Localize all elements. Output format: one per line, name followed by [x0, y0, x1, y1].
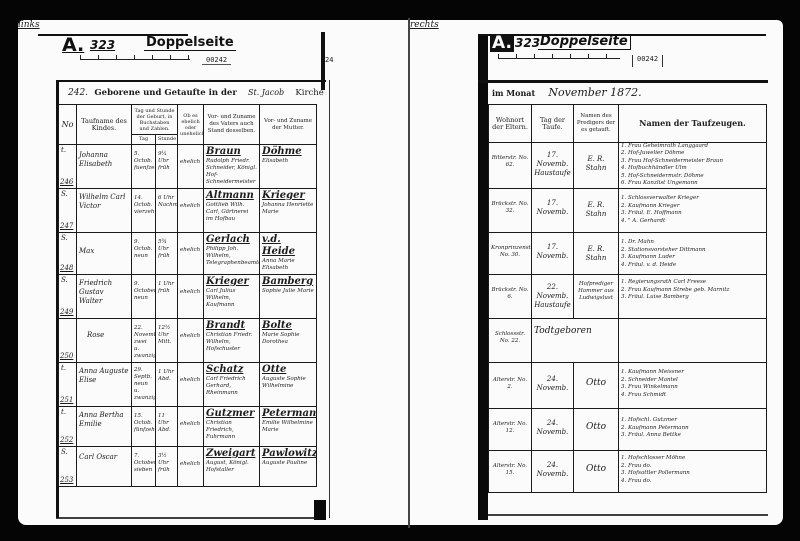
entry-number: 246	[60, 178, 73, 187]
stamp-number: 00242	[202, 56, 231, 65]
sponsors-list: 1. Kaufmann Meissner 2. Schneider Mantel…	[619, 363, 767, 409]
sponsor: 1. Dr. Mahn	[621, 239, 764, 246]
sex-mark: S.	[61, 234, 68, 242]
col-mother: Vor- und Zuname der Mutter.	[260, 105, 317, 145]
birth-day: 9. October neun	[132, 275, 156, 319]
heading-printed-2: Kirche	[295, 88, 323, 98]
preacher: Hofprediger Hammer aus Ludwigslust	[574, 275, 619, 319]
father-surname: Zweigart	[206, 448, 257, 460]
sex-mark: S.	[61, 190, 68, 198]
sponsors-list: 1. Dr. Mahn 2. Stationsvorsteher Dittman…	[619, 233, 767, 275]
table-row: S.253 Carl Oscar 7. October sieben 3½ Uh…	[59, 447, 317, 487]
table-row: 250 Rose 22. Novemb. zwei u. zwanzig 12½…	[59, 319, 317, 363]
left-page: A. 323 Doppelseite 00242 links 24 242. G…	[18, 20, 410, 525]
birth-day: 29. Septb. neun u. zwanzig	[132, 363, 156, 407]
table-row: Brückstr. No. 32. 17. Novemb. E. R. Stah…	[489, 189, 767, 233]
mother-surname: Bamberg	[262, 276, 314, 288]
table-row: Schlossstr. No. 22. Todtgeboren	[489, 319, 767, 363]
sponsor: 2. Kaufmann Krieger	[621, 203, 764, 210]
baptism-date: 17. Novemb.	[532, 233, 574, 275]
birth-day: 22. Novemb. zwei u. zwanzig	[132, 319, 156, 363]
sponsor: 3. Kaufmann Luder	[621, 254, 764, 261]
heading-printed-1: Geborene und Getaufte in der	[94, 88, 236, 98]
table-row: S.248 Max 9. Octob. neun 5¾ Uhr früh ehe…	[59, 233, 317, 275]
archive-volume: 323	[515, 36, 540, 50]
sponsor: 1. Hofschl. Gutzmer	[621, 417, 764, 424]
month-line: im Monat November 1872.	[492, 86, 642, 99]
col-baptism-day: Tag der Taufe.	[532, 105, 574, 143]
residence: Brückstr. No. 6.	[489, 275, 532, 319]
sponsor: 3. Fräul. Luise Bamberg	[621, 294, 764, 301]
table-row: t.246 Johanna Elisabeth 5. Octob. fuenfz…	[59, 145, 317, 189]
table-row: t.251 Anna Auguste Elise 29. Septb. neun…	[59, 363, 317, 407]
month-value: November 1872.	[548, 86, 641, 99]
register-bottom-rule	[488, 514, 768, 516]
mother-detail: Elisabeth	[262, 158, 314, 165]
sponsor: 1. Regierungsrath Carl Freese	[621, 279, 764, 286]
sponsor: 4. Hofbuchhändler Ulm	[621, 165, 764, 172]
sponsor: 2. Stationsvorsteher Dittmann	[621, 247, 764, 254]
birth-hour: 1 Uhr Abd.	[156, 363, 178, 407]
page-edge-bar	[478, 34, 488, 520]
sponsor: 4. Frau Schmidt	[621, 392, 764, 399]
side-note: rechts	[410, 20, 783, 30]
father-surname: Krieger	[206, 276, 257, 288]
table-row: S.249 Friedrich Gustav Walter 9. October…	[59, 275, 317, 319]
col-hour: Stunde	[156, 135, 178, 145]
month-label: im Monat	[492, 88, 535, 98]
father-detail: August, Königl. Hofstaller	[206, 460, 257, 474]
father-surname: Brandt	[206, 320, 257, 332]
table-row: Alterstr. No. 2. 24. Novemb. Otto 1. Kau…	[489, 363, 767, 409]
archive-type: Doppelseite	[538, 34, 631, 50]
birth-hour: 3½ Uhr früh	[156, 447, 178, 487]
col-residence: Wohnort der Eltern.	[489, 105, 532, 143]
sponsor: 4. Frau do.	[621, 478, 764, 485]
child-name: Anna Auguste Elise	[77, 363, 132, 407]
sponsors-list: 1. Regierungsrath Carl Freese 2. Frau Ka…	[619, 275, 767, 319]
side-mark: 24	[325, 56, 333, 64]
archive-ruler	[498, 52, 620, 59]
father-surname: Altmann	[206, 190, 257, 202]
heading-church-name: St. Jacob	[248, 88, 284, 97]
register-heading: 242. Geborene und Getaufte in der St. Ja…	[68, 87, 324, 98]
right-page: A. 323 Doppelseite 00242 rechts im Monat…	[410, 20, 783, 525]
birth-hour: 1 Uhr früh	[156, 275, 178, 319]
col-day: Tag	[132, 135, 156, 145]
baptism-date: 17. Novemb. Haustaufe	[532, 143, 574, 189]
mother-detail: Sophie Julie Marie	[262, 288, 314, 295]
birth-hour: 12½ Uhr Mitt.	[156, 319, 178, 363]
entry-number: 247	[60, 222, 73, 231]
father-detail: Christian Friedr. Wilhelm, Hofschuster	[206, 332, 257, 353]
birth-day: 7. October sieben	[132, 447, 156, 487]
sponsor: 4. Fräul. v. d. Heide	[621, 262, 764, 269]
mother-detail: Emilie Wilhelmine Marie	[262, 420, 314, 434]
baptism-register-table: Wohnort der Eltern. Tag der Taufe. Namen…	[488, 104, 767, 493]
birth-hour: 6 Uhr Nachm.	[156, 189, 178, 233]
sponsor: 1. Schlossverwalter Krieger	[621, 195, 764, 202]
child-name: Friedrich Gustav Walter	[77, 275, 132, 319]
baptism-date: 24. Novemb.	[532, 409, 574, 451]
table-row: S.247 Wilhelm Carl Victor 14. Octob. vie…	[59, 189, 317, 233]
sponsor: 3. Fräul. E. Hoffmann	[621, 210, 764, 217]
residence: Schlossstr. No. 22.	[489, 319, 532, 363]
sponsor: 2. Kaufmann Petermann	[621, 425, 764, 432]
child-name: Max	[77, 233, 132, 275]
legitimacy: ehelich	[178, 189, 204, 233]
father-detail: Carl Julius Wilhelm, Kaufmann	[206, 288, 257, 309]
mother-surname: Petermann	[262, 408, 314, 420]
sex-mark: t.	[61, 408, 66, 416]
child-name: Carl Oscar	[77, 447, 132, 487]
sponsors-list: 1. Hofschlosser Möhne 2. Frau do. 3. Hof…	[619, 451, 767, 493]
sex-mark: S.	[61, 448, 68, 456]
legitimacy: ehelich	[178, 319, 204, 363]
birth-day: 5. Octob. fuenfzehn	[132, 145, 156, 189]
child-name: Johanna Elisabeth	[77, 145, 132, 189]
residence: Brückstr. No. 32.	[489, 189, 532, 233]
sponsors-list	[619, 319, 767, 363]
sponsors-list: 1. Hofschl. Gutzmer 2. Kaufmann Peterman…	[619, 409, 767, 451]
birth-hour: 11 Uhr Abd.	[156, 407, 178, 447]
col-sponsors: Namen der Taufzeugen.	[619, 105, 767, 143]
sex-mark: t.	[61, 146, 66, 154]
sponsor: 4. " A. Gerhardt	[621, 218, 764, 225]
father-detail: Philipp Joh. Wilhelm, Telegraphenbeamter	[206, 246, 257, 267]
sponsor: 3. Frau Winkelmann	[621, 384, 764, 391]
sponsor: 3. Fräul. Anna Bettke	[621, 432, 764, 439]
birth-hour: 5¾ Uhr früh	[156, 233, 178, 275]
entry-number: 251	[60, 396, 73, 405]
sponsor: 2. Frau do.	[621, 463, 764, 470]
entry-number: 250	[60, 352, 73, 361]
baptism-date: 24. Novemb.	[532, 451, 574, 493]
entry-number: 248	[60, 264, 73, 273]
archive-ruler	[80, 53, 190, 60]
sponsor: 2. Schneider Mantel	[621, 377, 764, 384]
col-child-name: Taufname des Kindes.	[77, 105, 132, 145]
table-row: t.252 Anna Bertha Emilie 15. Octob. fünf…	[59, 407, 317, 447]
residence: Alterstr. No. 2.	[489, 363, 532, 409]
child-name: Rose	[77, 319, 132, 363]
archive-volume: 323	[90, 38, 115, 52]
child-name: Wilhelm Carl Victor	[77, 189, 132, 233]
child-name: Anna Bertha Emilie	[77, 407, 132, 447]
mother-surname: Otte	[262, 364, 314, 376]
preacher: Otto	[574, 451, 619, 493]
preacher: E. R. Stahn	[574, 189, 619, 233]
mother-detail: Marie Sophie Dorothea	[262, 332, 314, 346]
residence: Ritterstr. No. 62.	[489, 143, 532, 189]
father-detail: Rudolph Friedr. Schneider, Königl. Hof-S…	[206, 158, 257, 186]
father-surname: Gutzmer	[206, 408, 257, 420]
birth-day: 15. Octob. fünfzehn	[132, 407, 156, 447]
table-row: Brückstr. No. 6. 22. Novemb. Haustaufe H…	[489, 275, 767, 319]
col-preacher: Namen des Predigers der es getauft.	[574, 105, 619, 143]
residence: Kronprinzenstr. No. 30.	[489, 233, 532, 275]
baptism-date: 22. Novemb. Haustaufe	[532, 275, 574, 319]
birth-day: 14. Octob. vierzehn	[132, 189, 156, 233]
legitimacy: ehelich	[178, 233, 204, 275]
entry-number: 253	[60, 476, 73, 485]
col-birth-date-time: Tag und Stunde der Geburt, in Buchstaben…	[132, 105, 178, 135]
father-detail: Gottlieb Wilh. Carl, Gärtnerei im Hofbau	[206, 202, 257, 223]
mother-surname: Döhme	[262, 146, 314, 158]
residence: Alterstr. No. 15.	[489, 451, 532, 493]
mother-detail: Auguste Sophie Wilhelmine	[262, 376, 314, 390]
birth-day: 9. Octob. neun	[132, 233, 156, 275]
father-detail: Christian Friedrich, Fuhrmann	[206, 420, 257, 441]
register-bottom-rule	[56, 517, 316, 519]
section-rule	[478, 80, 768, 83]
table-row: Ritterstr. No. 62. 17. Novemb. Haustaufe…	[489, 143, 767, 189]
legitimacy: ehelich	[178, 407, 204, 447]
sponsor: 3. Frau Hof-Schneidermeister Braun	[621, 158, 764, 165]
preacher: Otto	[574, 409, 619, 451]
stamp-number: 00242	[632, 55, 663, 67]
table-row: Alterstr. No. 12. 24. Novemb. Otto 1. Ho…	[489, 409, 767, 451]
father-detail: Carl Friedrich Gerhard, Rheinmann	[206, 376, 257, 397]
birth-hour: 9¼ Uhr früh	[156, 145, 178, 189]
sponsors-list: 1. Frau Geheimrath Langgaard 2. Hof-Juwe…	[619, 143, 767, 189]
legitimacy: ehelich	[178, 447, 204, 487]
father-surname: Braun	[206, 146, 257, 158]
sponsor: 2. Hof-Juwelier Döhme	[621, 150, 764, 157]
col-no: No	[59, 105, 77, 145]
baptism-date: 24. Novemb.	[532, 363, 574, 409]
legitimacy: ehelich	[178, 145, 204, 189]
sex-mark: t.	[61, 364, 66, 372]
sponsor: 1. Frau Geheimrath Langgaard	[621, 143, 764, 150]
sponsors-list: 1. Schlossverwalter Krieger 2. Kaufmann …	[619, 189, 767, 233]
mother-detail: Anna Marie Elisabeth	[262, 258, 314, 272]
archive-type: Doppelseite	[144, 35, 236, 51]
mother-surname: Bolte	[262, 320, 314, 332]
mother-detail: Auguste Pauline	[262, 460, 314, 467]
table-row: Kronprinzenstr. No. 30. 17. Novemb. E. R…	[489, 233, 767, 275]
preacher: E. R. Stahn	[574, 233, 619, 275]
births-register-table: No Taufname des Kindes. Tag und Stunde d…	[58, 104, 317, 487]
mother-detail: Johanna Henriette Marie	[262, 202, 314, 216]
legitimacy: ehelich	[178, 363, 204, 407]
archive-prefix: A.	[490, 34, 514, 52]
legitimacy: ehelich	[178, 275, 204, 319]
sponsor: 1. Hofschlosser Möhne	[621, 455, 764, 462]
col-legitimacy: Ob es ehelich oder unehelich	[178, 105, 204, 145]
sponsor: 3. Hofsattler Pollermann	[621, 470, 764, 477]
father-surname: Gerlach	[206, 234, 257, 246]
mother-surname: Krieger	[262, 190, 314, 202]
entry-number: 252	[60, 436, 73, 445]
stillborn-note: Todtgeboren	[532, 319, 619, 363]
preacher: E. R. Stahn	[574, 143, 619, 189]
entry-number: 249	[60, 308, 73, 317]
sponsor: 5. Hof-Schneidermstr. Döhme	[621, 173, 764, 180]
sponsor: 2. Frau Kaufmann Strebe geb. Marnitz	[621, 287, 764, 294]
sex-mark: S.	[61, 276, 68, 284]
preacher: Otto	[574, 363, 619, 409]
residence: Alterstr. No. 12.	[489, 409, 532, 451]
baptism-date: 17. Novemb.	[532, 189, 574, 233]
sponsor: 1. Kaufmann Meissner	[621, 369, 764, 376]
table-row: Alterstr. No. 15. 24. Novemb. Otto 1. Ho…	[489, 451, 767, 493]
col-father: Vor- und Zuname des Vaters auch Stand de…	[204, 105, 260, 145]
mother-surname: Pawlowitz	[262, 448, 314, 460]
register-number: 242.	[68, 88, 88, 98]
sponsor: 6. Frau Kanzlist Ungemann	[621, 180, 764, 187]
side-note: links	[18, 20, 410, 30]
father-surname: Schatz	[206, 364, 257, 376]
mother-surname: v.d. Heide	[262, 234, 314, 258]
